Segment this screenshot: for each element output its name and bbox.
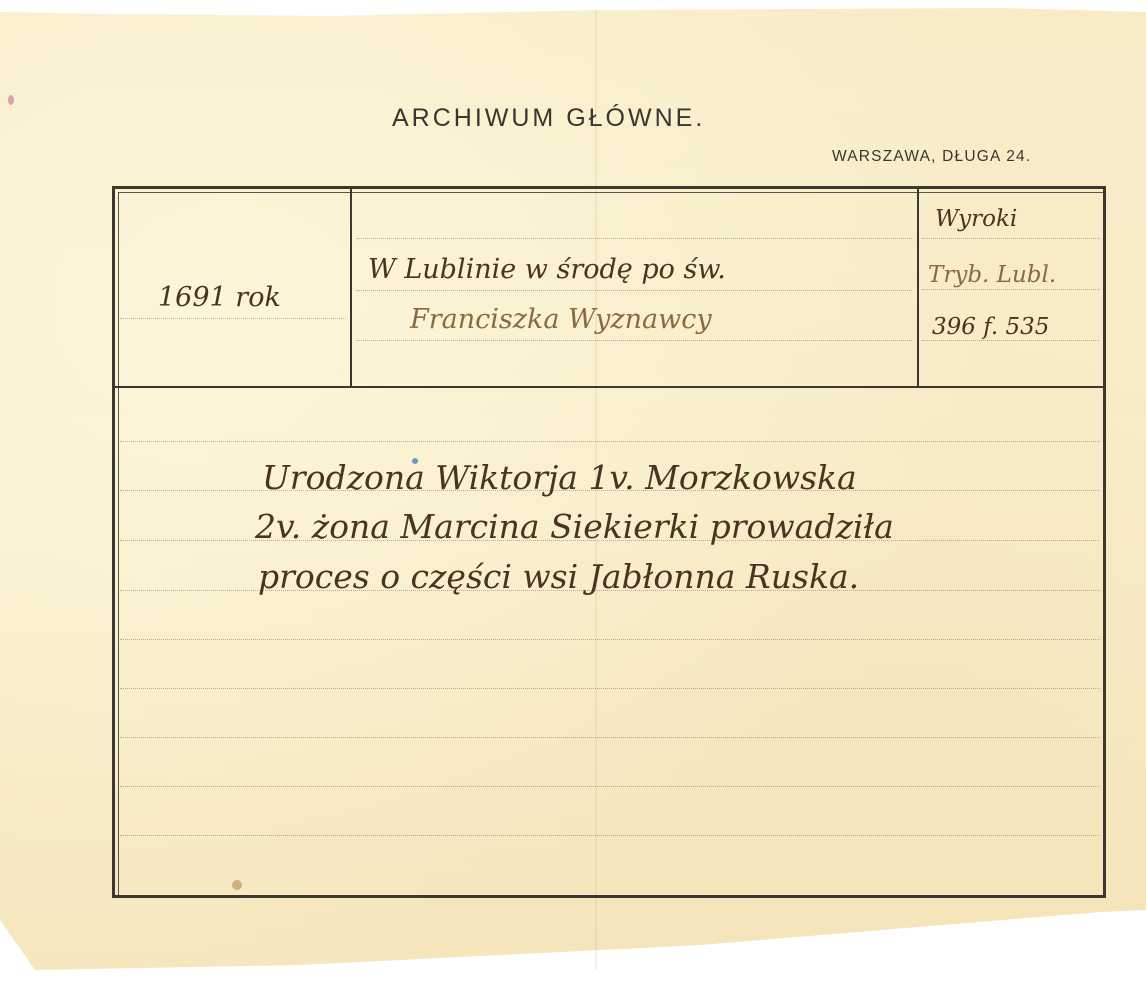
dotted-line bbox=[120, 441, 1100, 442]
row-divider bbox=[115, 386, 1105, 388]
dotted-line bbox=[356, 238, 912, 239]
dotted-line bbox=[120, 835, 1100, 836]
column-divider bbox=[350, 188, 352, 388]
entry-place-line2: Franciszka Wyznawcy bbox=[410, 304, 712, 335]
dotted-line bbox=[120, 639, 1100, 640]
dotted-line bbox=[120, 786, 1100, 787]
entry-body-line2: 2v. żona Marcina Siekierki prowadziła bbox=[255, 507, 894, 546]
dotted-line bbox=[120, 318, 346, 319]
entry-source-line3: 396 f. 535 bbox=[932, 314, 1049, 340]
dotted-line bbox=[120, 688, 1100, 689]
dotted-line bbox=[356, 290, 912, 291]
column-divider bbox=[917, 188, 919, 388]
dotted-line bbox=[356, 340, 912, 341]
letterhead-title: ARCHIWUM GŁÓWNE. bbox=[392, 104, 705, 133]
dotted-line bbox=[922, 289, 1100, 290]
entry-source-line2: Tryb. Lubl. bbox=[928, 262, 1056, 288]
entry-body-line3: proces o części wsi Jabłonna Ruska. bbox=[258, 557, 859, 596]
letterhead-address: WARSZAWA, DŁUGA 24. bbox=[832, 148, 1031, 166]
entry-source-line1: Wyroki bbox=[935, 206, 1017, 232]
dotted-line bbox=[922, 238, 1100, 239]
entry-date: 1691 rok bbox=[158, 282, 281, 313]
entry-body-line1: Urodzona Wiktorja 1v. Morzkowska bbox=[262, 458, 857, 497]
dotted-line bbox=[120, 737, 1100, 738]
entry-place-line1: W Lublinie w środę po św. bbox=[368, 254, 726, 285]
dotted-line bbox=[922, 340, 1100, 341]
ink-stain bbox=[8, 95, 14, 105]
